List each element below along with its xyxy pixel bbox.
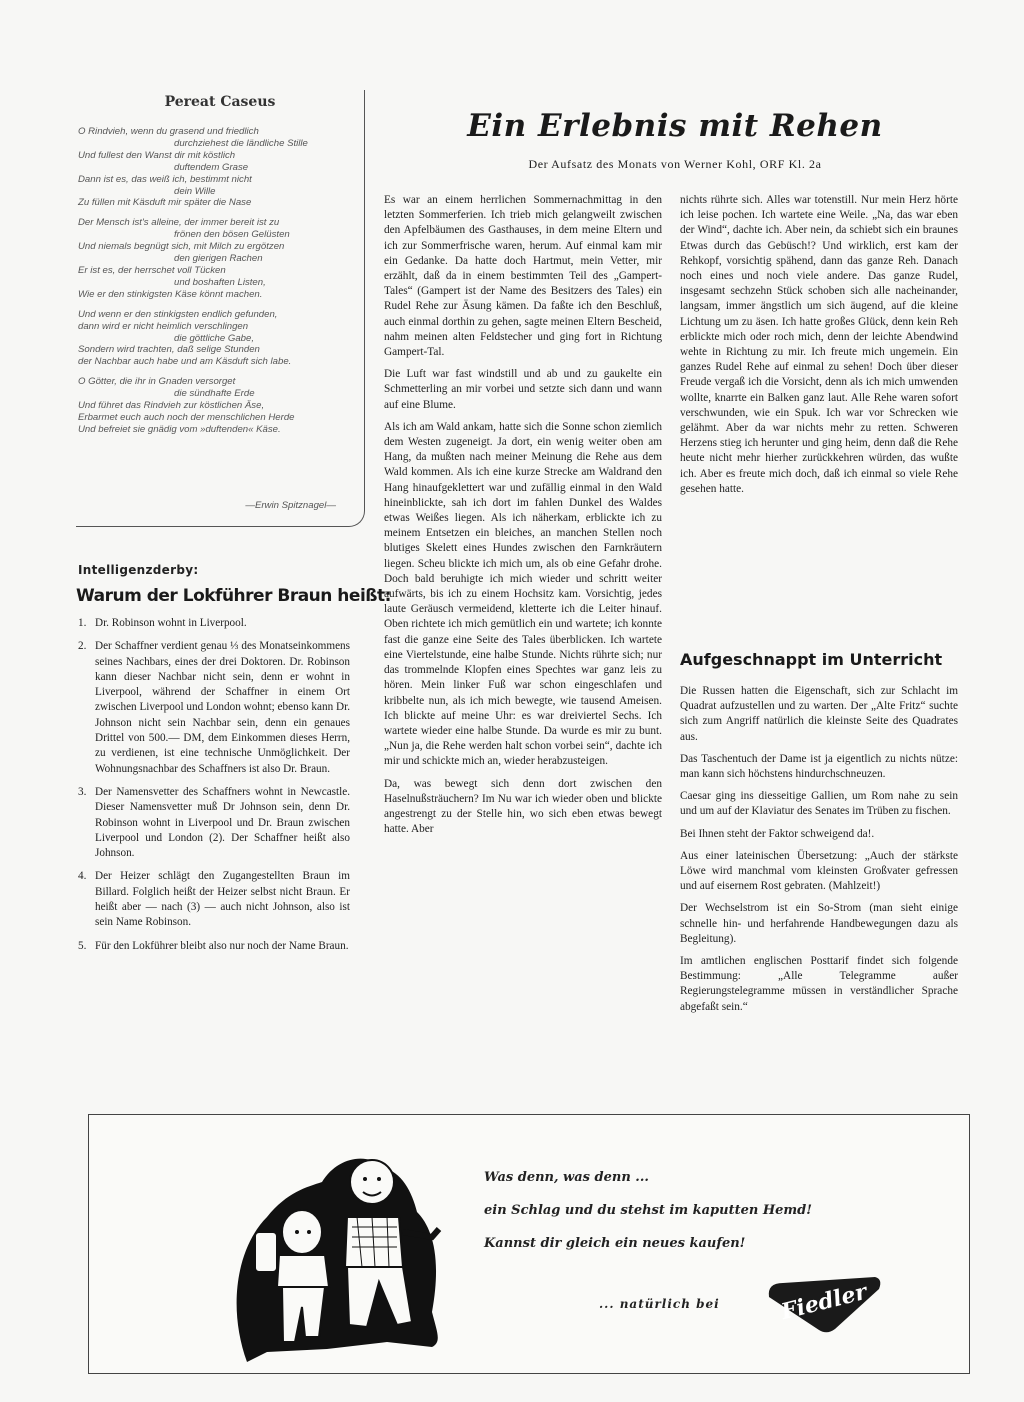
poem-line: Und führet das Rindvieh zur köstlichen Ä… [78, 400, 360, 412]
item-text: Dr. Robinson wohnt in Liverpool. [95, 616, 350, 631]
paragraph: Die Russen hatten die Eigenschaft, sich … [680, 684, 958, 745]
paragraph: Caesar ging ins diesseitige Gallien, um … [680, 789, 958, 819]
poem-stanza: O Rindvieh, wenn du grasend und friedlic… [78, 126, 360, 209]
derby-item: 3.Der Namensvetter des Schaffners wohnt … [78, 785, 350, 861]
item-text: Für den Lokführer bleibt also nur noch d… [95, 939, 350, 954]
poem-line: und boshaften Listen, [78, 277, 360, 289]
item-number: 3. [78, 785, 95, 861]
poem-stanza: O Götter, die ihr in Gnaden versorgetdie… [78, 376, 360, 436]
poem-line: Wie er den stinkigsten Käse könnt machen… [78, 289, 360, 301]
item-text: Der Schaffner verdient genau ⅓ des Monat… [95, 639, 350, 777]
derby-item: 4.Der Heizer schlägt den Zugangestellten… [78, 869, 350, 930]
poem-line: Und befreiet sie gnädig vom »duftenden« … [78, 424, 360, 436]
ad-slogan: Was denn, was denn ...ein Schlag und du … [484, 1161, 812, 1260]
derby-title: Warum der Lokführer Braun heißt: [76, 586, 391, 606]
poem-line: O Götter, die ihr in Gnaden versorget [78, 376, 360, 388]
paragraph: Die Luft war fast windstill und ab und z… [384, 367, 662, 413]
derby-list: 1.Dr. Robinson wohnt in Liverpool.2.Der … [78, 616, 350, 962]
poem-line: Dann ist es, das weiß ich, bestimmt nich… [78, 174, 360, 186]
poem-line: Zu füllen mit Käsduft mir später die Nas… [78, 197, 360, 209]
poem-line: den gierigen Rachen [78, 253, 360, 265]
poem-line: Der Mensch ist's alleine, der immer bere… [78, 217, 360, 229]
ad-line: ein Schlag und du stehst im kaputten Hem… [484, 1194, 812, 1227]
poem-line: duftendem Grase [78, 162, 360, 174]
poem-author: —Erwin Spitznagel— [245, 500, 336, 511]
poem-line: dein Wille [78, 186, 360, 198]
item-text: Der Namensvetter des Schaffners wohnt in… [95, 785, 350, 861]
poem-line: die sündhafte Erde [78, 388, 360, 400]
item-number: 1. [78, 616, 95, 631]
poem-stanza: Und wenn er den stinkigsten endlich gefu… [78, 309, 360, 369]
paragraph: Als ich am Wald ankam, hatte sich die So… [384, 420, 662, 770]
derby-item: 5.Für den Lokführer bleibt also nur noch… [78, 939, 350, 954]
item-number: 4. [78, 869, 95, 930]
poem-line: Er ist es, der herrschet voll Tücken [78, 265, 360, 277]
ad-tagline: ... natürlich bei [599, 1297, 720, 1311]
fiedler-logo: Fiedler [765, 1275, 883, 1335]
paragraph: Der Wechselstrom ist ein So-Strom (man s… [680, 901, 958, 947]
paragraph: Bei Ihnen steht der Faktor schweigend da… [680, 827, 958, 842]
ad-line: Was denn, was denn ... [484, 1161, 812, 1194]
paragraph: Das Taschentuch der Dame ist ja eigentli… [680, 752, 958, 782]
derby-kicker: Intelligenzderby: [78, 563, 198, 577]
fiedler-advertisement: Was denn, was denn ...ein Schlag und du … [88, 1114, 970, 1374]
poem-body: O Rindvieh, wenn du grasend und friedlic… [78, 126, 360, 444]
paragraph: Aus einer lateinischen Übersetzung: „Auc… [680, 849, 958, 895]
poem-stanza: Der Mensch ist's alleine, der immer bere… [78, 217, 360, 300]
poem-line: Sondern wird trachten, daß selige Stunde… [78, 344, 360, 356]
article-column-middle: Es war an einem herrlichen Sommernachmit… [384, 193, 662, 844]
paragraph: Im amtlichen englischen Posttarif findet… [680, 954, 958, 1015]
poem-box: Pereat Caseus O Rindvieh, wenn du grasen… [76, 90, 365, 527]
item-number: 2. [78, 639, 95, 777]
article-subtitle: Der Aufsatz des Monats von Werner Kohl, … [380, 157, 970, 172]
paragraph: Da, was bewegt sich denn dort zwischen d… [384, 777, 662, 838]
poem-line: durchziehest die ländliche Stille [78, 138, 360, 150]
item-number: 5. [78, 939, 95, 954]
poem-line: Und wenn er den stinkigsten endlich gefu… [78, 309, 360, 321]
derby-item: 1.Dr. Robinson wohnt in Liverpool. [78, 616, 350, 631]
poem-line: Erbarmet euch auch noch der menschlichen… [78, 412, 360, 424]
article-title: Ein Erlebnis mit Rehen [380, 108, 970, 144]
poem-line: Und fullest den Wanst dir mit köstlich [78, 150, 360, 162]
poem-line: O Rindvieh, wenn du grasend und friedlic… [78, 126, 360, 138]
poem-title: Pereat Caseus [76, 94, 364, 110]
unterricht-column: Die Russen hatten die Eigenschaft, sich … [680, 684, 958, 1022]
derby-item: 2.Der Schaffner verdient genau ⅓ des Mon… [78, 639, 350, 777]
paragraph: Es war an einem herrlichen Sommernachmit… [384, 193, 662, 360]
poem-line: der Nachbar auch habe und am Käsduft sic… [78, 356, 360, 368]
two-boys-illustration-icon [207, 1137, 447, 1367]
ad-line: Kannst dir gleich ein neues kaufen! [484, 1227, 812, 1260]
poem-line: frönen den bösen Gelüsten [78, 229, 360, 241]
item-text: Der Heizer schlägt den Zugangestellten B… [95, 869, 350, 930]
poem-line: dann wird er nicht heimlich verschlingen [78, 321, 360, 333]
paragraph: nichts rührte sich. Alles war totenstill… [680, 193, 958, 497]
poem-line: Und niemals begnügt sich, mit Milch zu e… [78, 241, 360, 253]
unterricht-title: Aufgeschnappt im Unterricht [680, 650, 942, 669]
poem-line: die göttliche Gabe, [78, 333, 360, 345]
article-column-right: nichts rührte sich. Alles war totenstill… [680, 193, 958, 504]
